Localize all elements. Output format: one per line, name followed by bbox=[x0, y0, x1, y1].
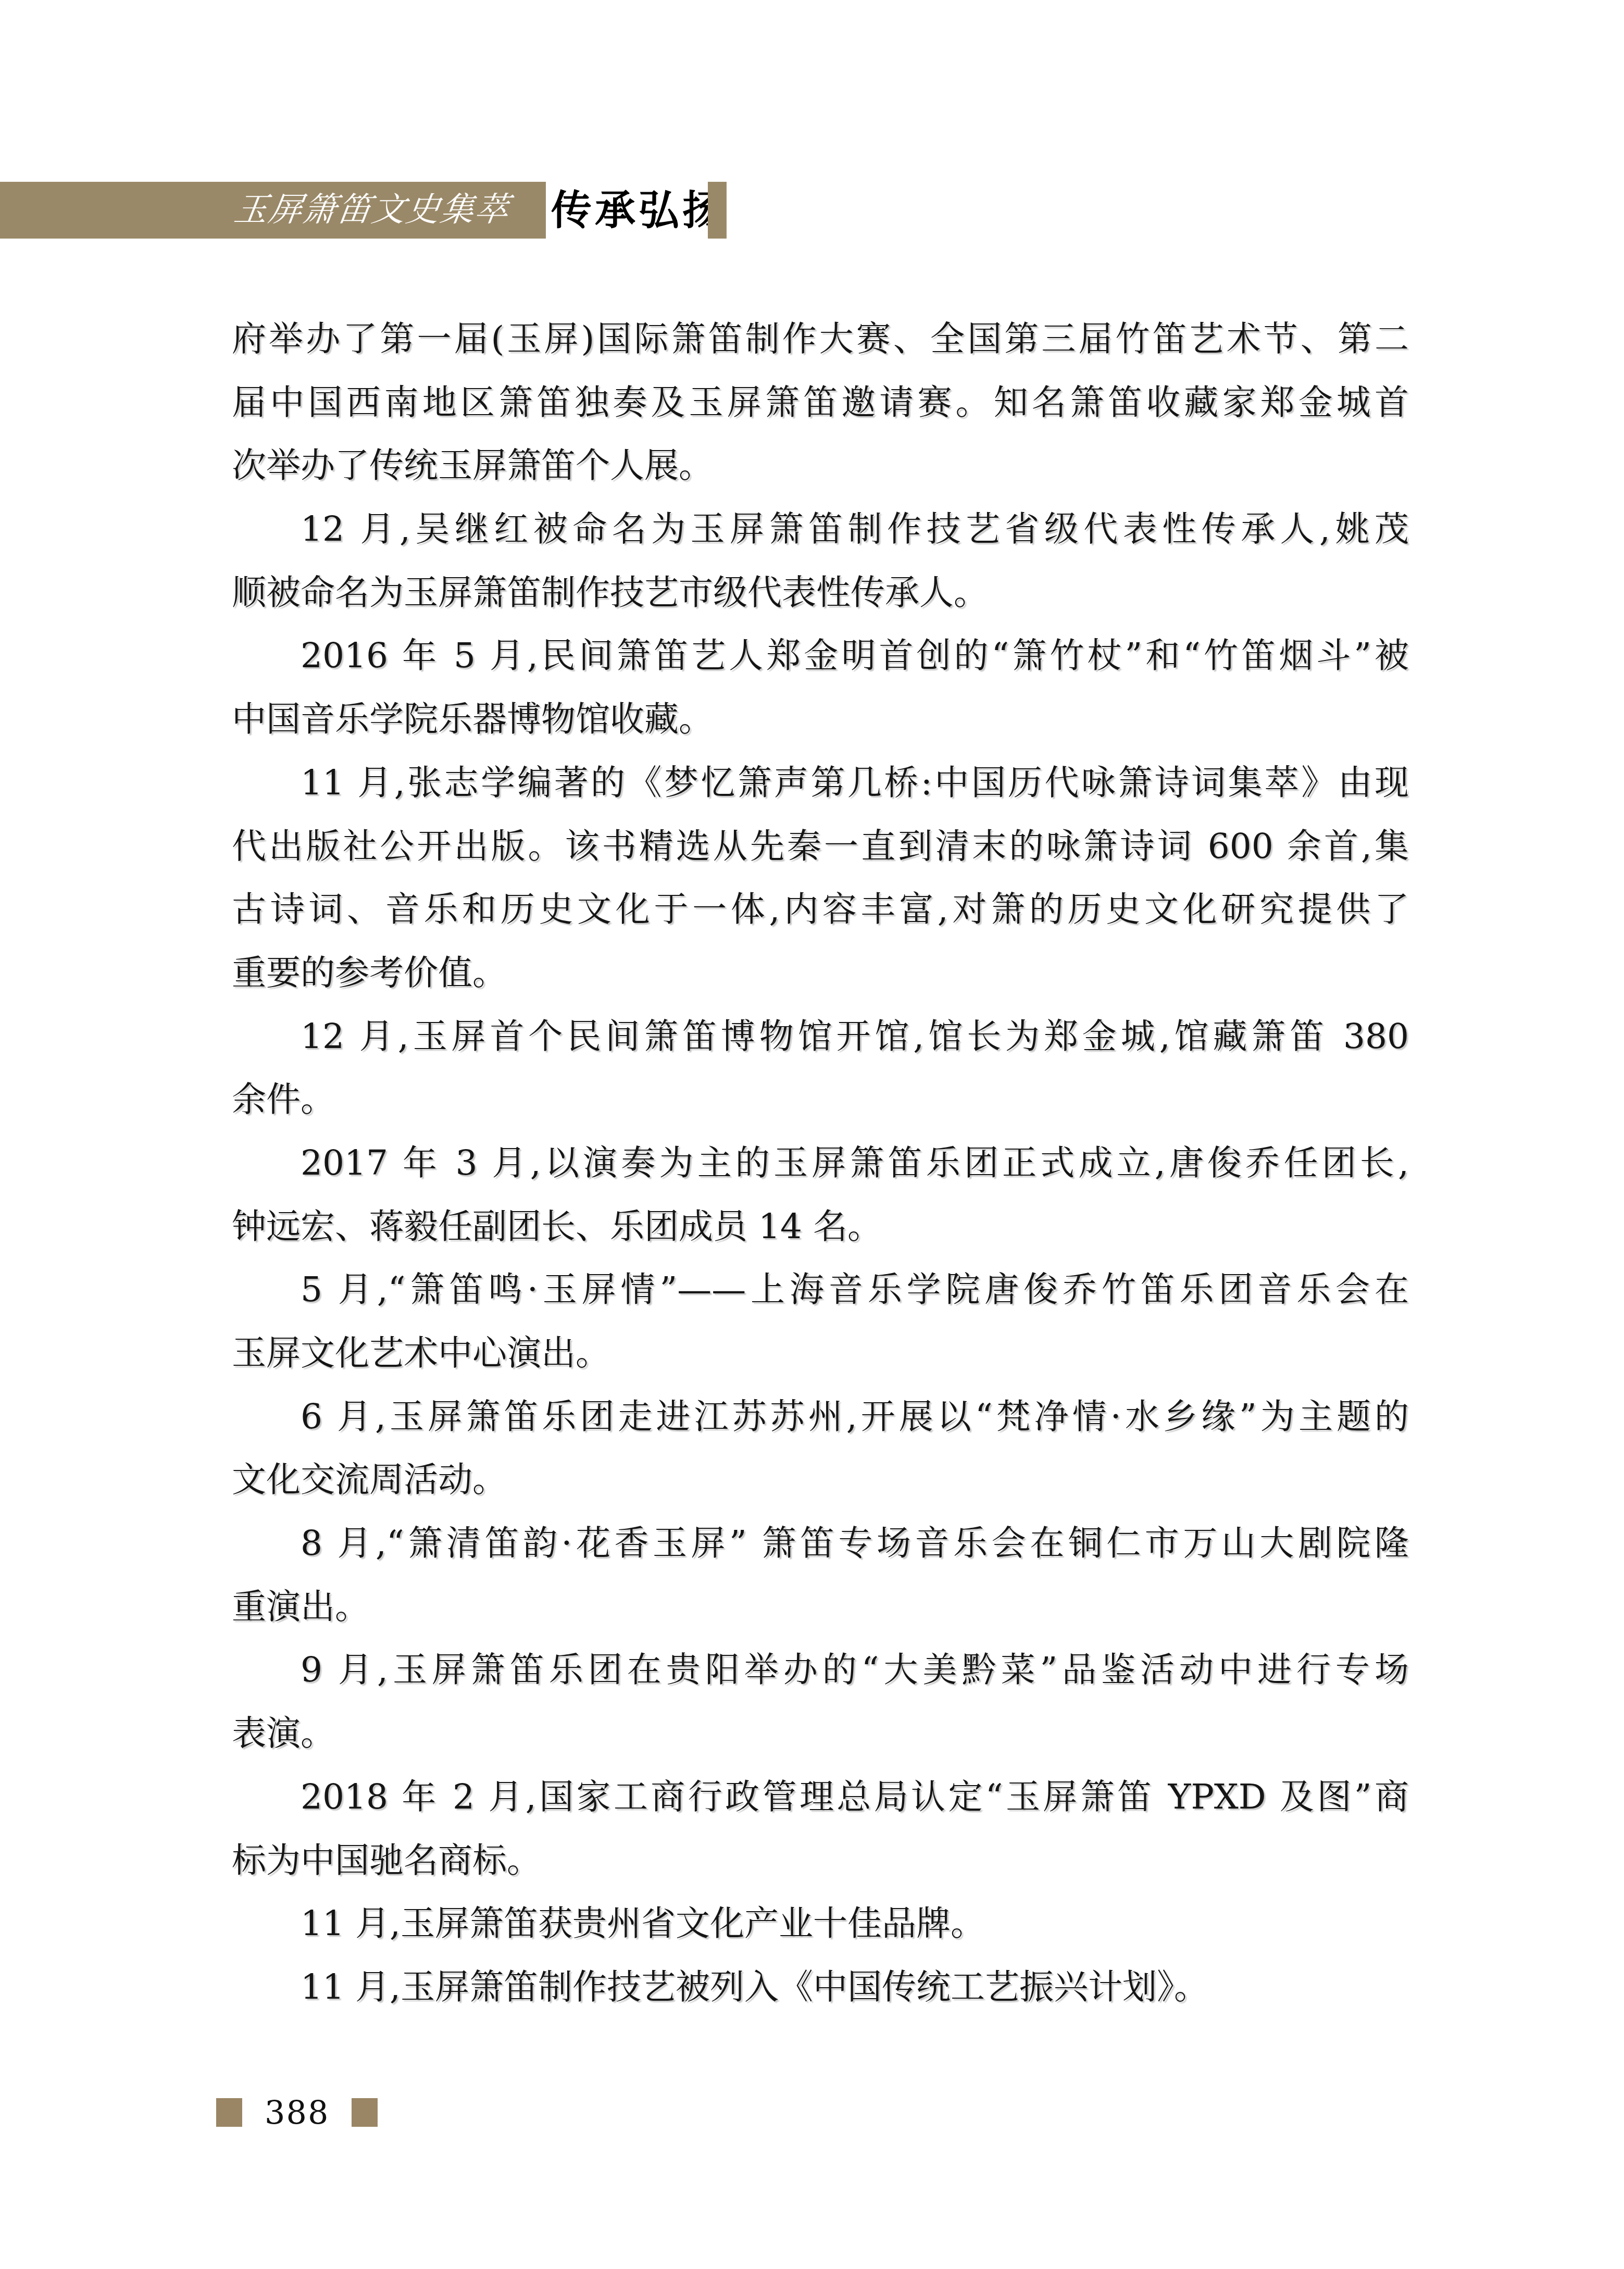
text-line: 11 月,张志学编著的《梦忆箫声第几桥:中国历代咏箫诗词集萃》由现 bbox=[232, 751, 1409, 815]
text-line: 古诗词、音乐和历史文化于一体,内容丰富,对箫的历史文化研究提供了 bbox=[232, 878, 1409, 941]
section-title: 传承弘扬 bbox=[551, 182, 726, 239]
text-line: 府举办了第一届(玉屏)国际箫笛制作大赛、全国第三届竹笛艺术节、第二 bbox=[232, 307, 1409, 371]
book-title-calligraphy: 玉屏箫笛文史集萃 bbox=[230, 182, 513, 239]
text-line: 中国音乐学院乐器博物馆收藏。 bbox=[232, 688, 1409, 751]
book-page: 玉屏箫笛文史集萃 传承弘扬 府举办了第一届(玉屏)国际箫笛制作大赛、全国第三届竹… bbox=[0, 0, 1624, 2269]
page-number: 388 bbox=[265, 2098, 329, 2127]
text-line: 余件。 bbox=[232, 1068, 1409, 1131]
text-line: 2016 年 5 月,民间箫笛艺人郑金明首创的“箫竹杖”和“竹笛烟斗”被 bbox=[232, 624, 1409, 688]
text-line: 顺被命名为玉屏箫笛制作技艺市级代表性传承人。 bbox=[232, 561, 1409, 625]
text-line: 表演。 bbox=[232, 1702, 1409, 1765]
page-footer: 388 bbox=[216, 2098, 378, 2127]
text-line: 12 月,吴继红被命名为玉屏箫笛制作技艺省级代表性传承人,姚茂 bbox=[232, 497, 1409, 561]
text-line: 11 月,玉屏箫笛获贵州省文化产业十佳品牌。 bbox=[232, 1892, 1409, 1955]
text-line: 代出版社公开出版。该书精选从先秦一直到清末的咏箫诗词 600 余首,集 bbox=[232, 815, 1409, 878]
text-line: 玉屏文化艺术中心演出。 bbox=[232, 1321, 1409, 1385]
header-banner: 玉屏箫笛文史集萃 bbox=[0, 182, 546, 239]
text-line: 2018 年 2 月,国家工商行政管理总局认定“玉屏箫笛 YPXD 及图”商 bbox=[232, 1765, 1409, 1829]
text-line: 6 月,玉屏箫笛乐团走进江苏苏州,开展以“梵净情·水乡缘”为主题的 bbox=[232, 1385, 1409, 1449]
text-line: 重要的参考价值。 bbox=[232, 941, 1409, 1005]
text-line: 2017 年 3 月,以演奏为主的玉屏箫笛乐团正式成立,唐俊乔任团长, bbox=[232, 1131, 1409, 1195]
text-line: 重演出。 bbox=[232, 1575, 1409, 1639]
body-text: 府举办了第一届(玉屏)国际箫笛制作大赛、全国第三届竹笛艺术节、第二届中国西南地区… bbox=[232, 307, 1409, 2019]
text-line: 标为中国驰名商标。 bbox=[232, 1829, 1409, 1892]
header-accent-block bbox=[708, 182, 727, 239]
text-line: 8 月,“箫清笛韵·花香玉屏” 箫笛专场音乐会在铜仁市万山大剧院隆 bbox=[232, 1512, 1409, 1575]
text-line: 11 月,玉屏箫笛制作技艺被列入《中国传统工艺振兴计划》。 bbox=[232, 1955, 1409, 2019]
text-line: 次举办了传统玉屏箫笛个人展。 bbox=[232, 434, 1409, 497]
footer-right-square bbox=[352, 2098, 378, 2127]
text-line: 文化交流周活动。 bbox=[232, 1448, 1409, 1512]
footer-left-square bbox=[216, 2098, 242, 2127]
text-line: 12 月,玉屏首个民间箫笛博物馆开馆,馆长为郑金城,馆藏箫笛 380 bbox=[232, 1005, 1409, 1068]
text-line: 届中国西南地区箫笛独奏及玉屏箫笛邀请赛。知名箫笛收藏家郑金城首 bbox=[232, 371, 1409, 434]
text-line: 9 月,玉屏箫笛乐团在贵阳举办的“大美黔菜”品鉴活动中进行专场 bbox=[232, 1638, 1409, 1702]
text-line: 5 月,“箫笛鸣·玉屏情”——上海音乐学院唐俊乔竹笛乐团音乐会在 bbox=[232, 1258, 1409, 1321]
text-line: 钟远宏、蒋毅任副团长、乐团成员 14 名。 bbox=[232, 1195, 1409, 1258]
